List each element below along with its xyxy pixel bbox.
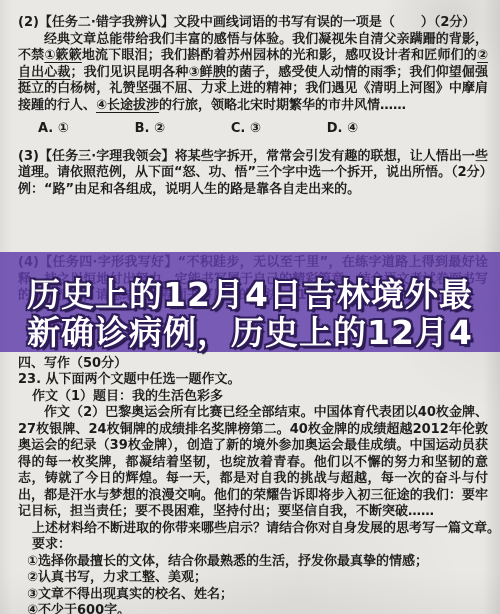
requirements-label: 要求：: [18, 537, 488, 554]
requirement-2: ②认真书写，力求工整、美观；: [18, 570, 488, 587]
banner-title-line-2: 新确诊病例，历史上的12月4: [27, 314, 473, 352]
option-d: D. ④: [327, 121, 358, 138]
q2-underlined-term-3: ③鲜腴: [188, 65, 225, 80]
q3-example: 例：“路”由足和各组成，说明人生的路是靠各自走出来的。: [18, 182, 488, 199]
option-c: C. ③: [231, 121, 261, 138]
essay-prompt: 上述材料给不断进取的你带来哪些启示？请结合你对自身发展的思考写一篇文章。: [18, 521, 488, 538]
q2-text-segment: 地流下眼泪；我们斟酌着苏州园林的光和影，感叹设计者和匠师们的: [82, 48, 477, 63]
essay-topic-2: 作文（2）巴黎奥运会所有比赛已经全部结束。中国体育代表团以40枚金牌、27枚银牌…: [18, 405, 488, 521]
option-a: A. ①: [38, 121, 69, 138]
q2-heading: (2)【任务二·错字我辨认】文段中画线词语的书写有误的一项是（ ）（2分）: [18, 15, 488, 32]
q2-text-segment: 的行旅，领略北宋时期繁华的市井风情……: [159, 98, 406, 113]
q23-intro: 23. 从下面两个文题中任选一题作文。: [18, 372, 488, 389]
answer-space-q3: [18, 198, 488, 255]
q2-passage: 经典文章总能带给我们丰富的感悟与体验。我们凝视朱自清父亲蹒跚的背影，不禁①簌簌地…: [18, 32, 488, 115]
q2-underlined-term-4: ④长途拔涉: [96, 98, 159, 113]
requirement-4: ④不少于600字。: [18, 603, 488, 614]
q2-text-segment: ；我们见识昆明各种: [70, 65, 188, 80]
writing-section-heading: 四、写作（50分）: [18, 356, 488, 373]
q2-underlined-term-1: ①簌簌: [44, 48, 82, 63]
news-banner-overlay: 历史上的12月4日吉林境外最 新确诊病例，历史上的12月4: [0, 252, 500, 352]
scanned-exam-page: (2)【任务二·错字我辨认】文段中画线词语的书写有误的一项是（ ）（2分） 经典…: [0, 0, 500, 614]
option-b: B. ②: [135, 121, 165, 138]
requirement-3: ③文章不得出现真实的校名、姓名；: [18, 587, 488, 604]
essay-topic-1: 作文（1）题目：我的生活色彩多: [18, 389, 488, 406]
banner-title-line-1: 历史上的12月4日吉林境外最: [27, 276, 473, 314]
q2-options: A. ① B. ② C. ③ D. ④: [38, 121, 358, 138]
requirement-1: ①选择你最擅长的文体，结合你最熟悉的生活，抒发你最真挚的情感；: [18, 554, 488, 571]
q3-text: (3)【任务三·字理我领会】将某些字拆开，常常会引发有趣的联想，让人悟出一些道理…: [18, 149, 488, 182]
